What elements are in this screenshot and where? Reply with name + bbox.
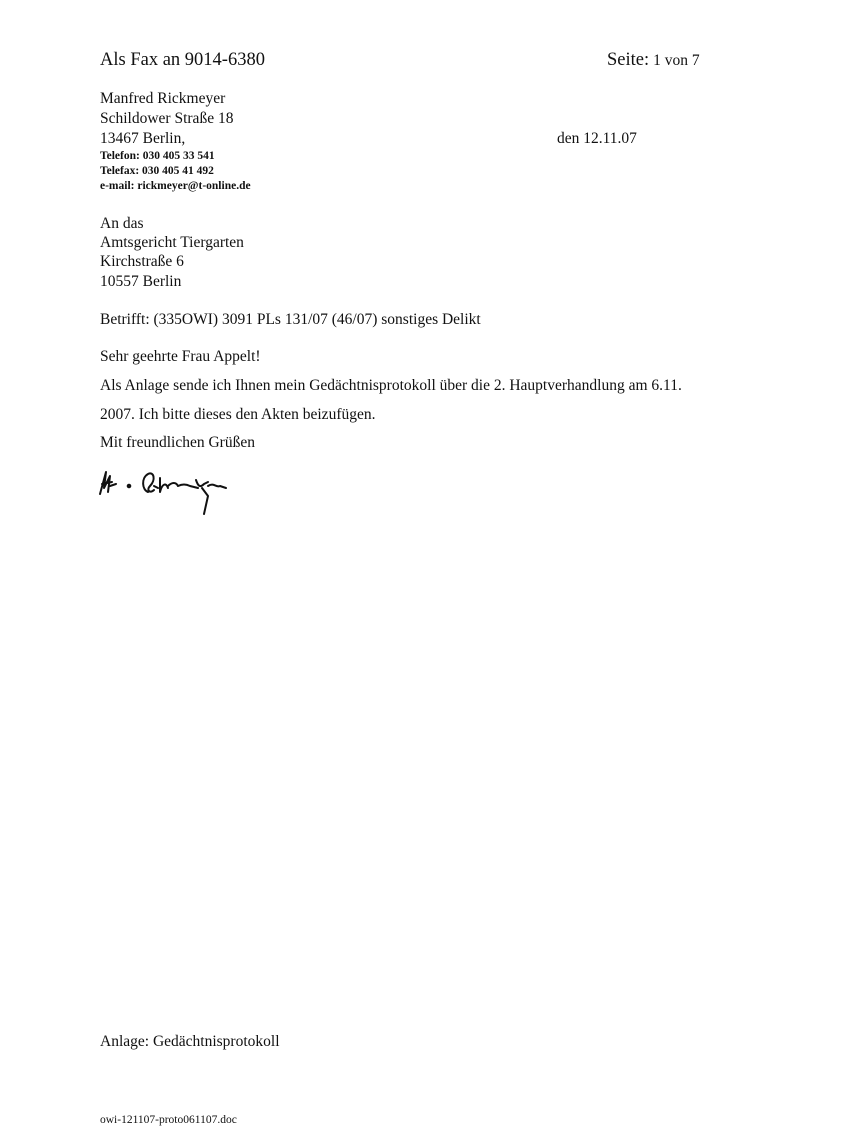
attachment-note: Anlage: Gedächtnisprotokoll: [100, 1033, 280, 1051]
recipient-line-4: 10557 Berlin: [100, 273, 181, 291]
sender-city: 13467 Berlin,: [100, 130, 185, 148]
recipient-line-1: An das: [100, 215, 143, 233]
subject-line: Betrifft: (335OWI) 3091 PLs 131/07 (46/0…: [100, 311, 481, 329]
recipient-line-2: Amtsgericht Tiergarten: [100, 234, 244, 252]
sender-name: Manfred Rickmeyer: [100, 90, 225, 108]
page-indicator: Seite: 1 von 7: [607, 50, 700, 71]
sender-telefax: Telefax: 030 405 41 492: [100, 165, 214, 177]
body-line-1: Als Anlage sende ich Ihnen mein Gedächtn…: [100, 377, 682, 395]
salutation: Sehr geehrte Frau Appelt!: [100, 348, 261, 366]
page-number: 1 von 7: [653, 52, 700, 69]
page-label: Seite:: [607, 50, 649, 70]
sender-telefon: Telefon: 030 405 33 541: [100, 150, 215, 162]
signature-image: [96, 466, 246, 518]
footer-filename: owi-121107-proto061107.doc: [100, 1114, 237, 1126]
closing: Mit freundlichen Grüßen: [100, 434, 255, 452]
fax-header: Als Fax an 9014-6380: [100, 50, 265, 71]
sender-email: e-mail: rickmeyer@t-online.de: [100, 180, 251, 192]
body-line-2: 2007. Ich bitte dieses den Akten beizufü…: [100, 406, 375, 424]
letter-date: den 12.11.07: [557, 130, 637, 148]
recipient-line-3: Kirchstraße 6: [100, 253, 184, 271]
sender-street: Schildower Straße 18: [100, 110, 233, 128]
